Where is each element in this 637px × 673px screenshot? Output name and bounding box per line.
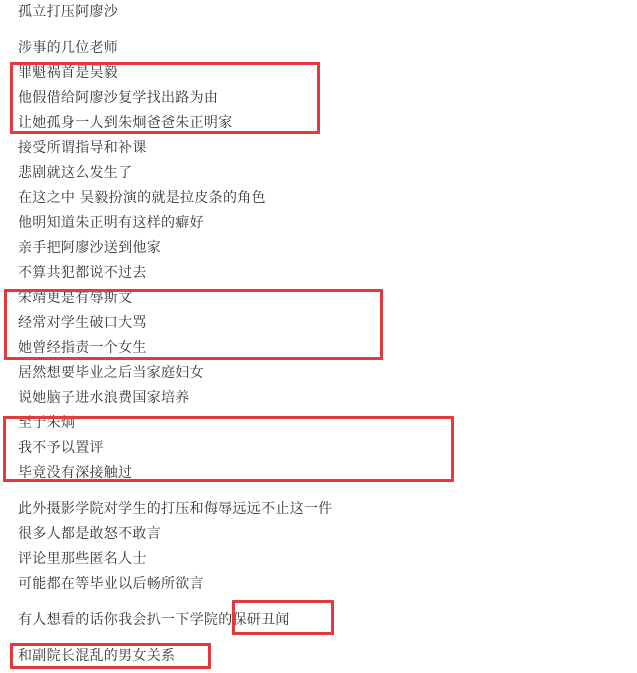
text-line: 评论里那些匿名人士 — [18, 550, 147, 568]
text-line: 可能都在等毕业以后畅所欲言 — [18, 575, 204, 593]
text-line: 悲剧就这么发生了 — [18, 164, 132, 182]
text-line: 居然想要毕业之后当家庭妇女 — [18, 364, 204, 382]
text-line: 接受所谓指导和补课 — [18, 139, 147, 157]
highlight-box-vice-dean-relations — [10, 643, 211, 669]
text-line: 此外摄影学院对学生的打压和侮辱远远不止这一件 — [18, 500, 333, 518]
highlight-box-baoyan-scandal — [232, 600, 334, 635]
text-line: 他明知道朱正明有这样的癖好 — [18, 214, 204, 232]
highlight-box-song-jing-section — [4, 289, 383, 360]
text-line: 亲手把阿廖沙送到他家 — [18, 239, 161, 257]
highlight-box-wu-yi-section — [10, 62, 320, 134]
text-line: 不算共犯都说不过去 — [18, 264, 147, 282]
text-line: 很多人都是敢怒不敢言 — [18, 525, 161, 543]
text-line: 涉事的几位老师 — [18, 39, 118, 57]
text-line: 在这之中 吴毅扮演的就是拉皮条的角色 — [18, 189, 266, 207]
highlight-box-zhu-jiong-section — [3, 416, 454, 482]
text-line: 说她脑子进水浪费国家培养 — [18, 389, 190, 407]
text-line: 孤立打压阿廖沙 — [18, 3, 118, 21]
